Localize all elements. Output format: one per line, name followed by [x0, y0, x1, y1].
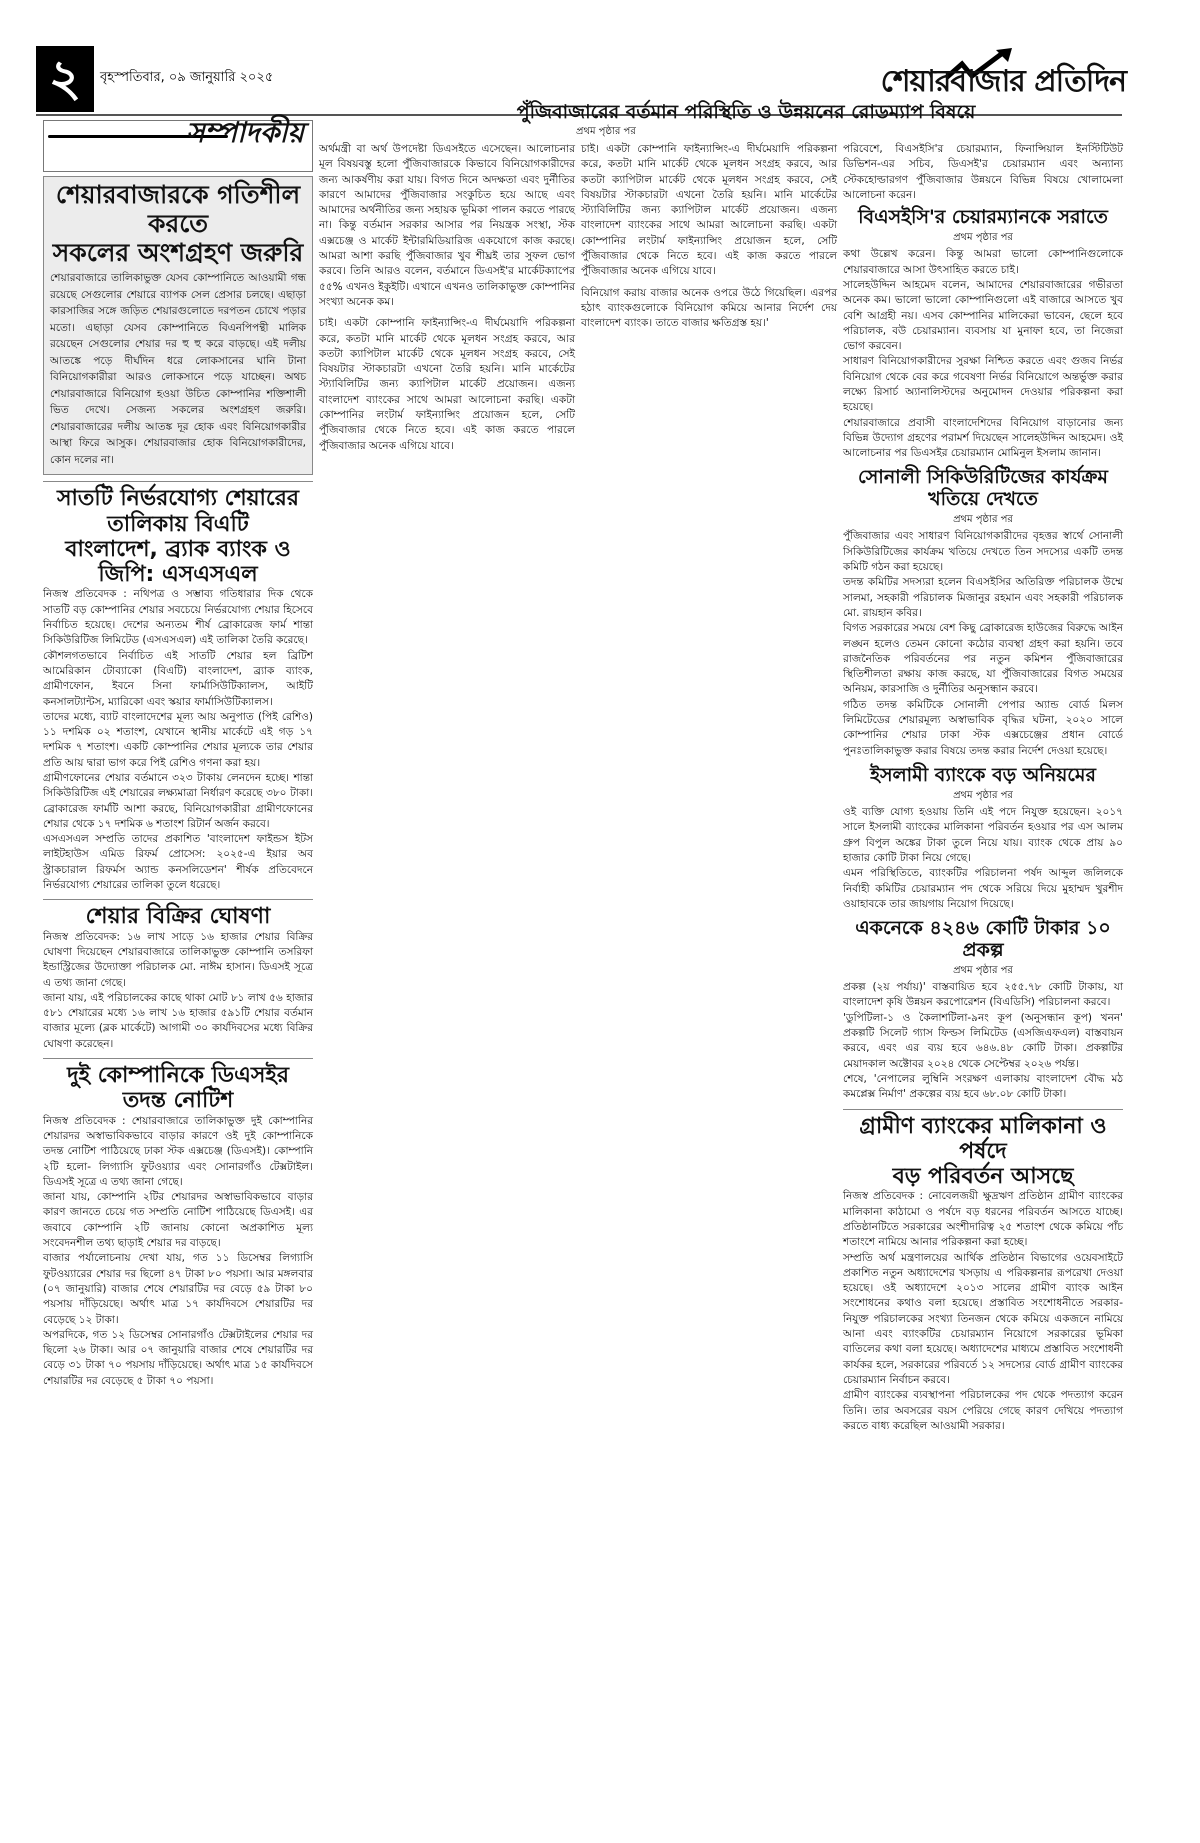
story-paragraph: তাদের মধ্যে, ব্যাট বাংলাদেশের মূল্য আয় …: [43, 710, 313, 771]
column-lead-2: চাই। একটা কোম্পানি ফাইন্যান্সিং-এ দীর্ঘম…: [581, 142, 837, 332]
story-paragraph: এসএসএল সম্প্রতি তাদের প্রকাশিত 'বাংলাদেশ…: [43, 832, 313, 893]
lead-story-continued: প্রথম পৃষ্ঠার পর: [576, 124, 636, 141]
story-share-sale: শেয়ার বিক্রির ঘোষণা নিজস্ব প্রতিবেদক: ১…: [43, 904, 313, 1052]
story-paragraph: সম্প্রতি অর্থ মন্ত্রণালয়ের আর্থিক প্রতি…: [843, 1251, 1123, 1389]
editorial-article: শেয়ারবাজারকে গতিশীল করতে সকলের অংশগ্রহণ…: [43, 176, 313, 475]
story-paragraph: সাধারণ বিনিয়োগকারীদের সুরক্ষা নিশ্চিত ক…: [843, 354, 1123, 415]
continued-label: প্রথম পৃষ্ঠার পর: [843, 788, 1123, 803]
continued-label: প্রথম পৃষ্ঠার পর: [843, 512, 1123, 527]
story-paragraph: শেষে, 'নেপালের লুম্বিনি সংরক্ষণ এলাকায় …: [843, 1072, 1123, 1103]
story-paragraph: প্রকল্প (২য় পর্যায়)' বাস্তবায়িত হবে ২…: [843, 980, 1123, 1011]
story-grameen-headline-2: বড় পরিবর্তন আসছে: [843, 1164, 1123, 1189]
story-paragraph: নিজস্ব প্রতিবেদক: ১৬ লাখ সাড়ে ১৬ হাজার …: [43, 930, 313, 991]
story-bat-headline-1: সাতটি নির্ভরযোগ্য শেয়ারের তালিকায় বিএট…: [43, 486, 313, 537]
story-bat: সাতটি নির্ভরযোগ্য শেয়ারের তালিকায় বিএট…: [43, 486, 313, 893]
story-paragraph: বাজার পর্যালোচনায় দেখা যায়, গত ১১ ডিসে…: [43, 1251, 313, 1327]
story-paragraph: জানা যায়, কোম্পানি ২টির শেয়ারদর অস্বাভ…: [43, 1190, 313, 1251]
issue-date: বৃহস্পতিবার, ০৯ জানুয়ারি ২০২৫: [100, 68, 273, 89]
story-paragraph: কথা উল্লেখ করেন। কিন্তু আমরা ভালো কোম্পা…: [843, 247, 1123, 278]
story-paragraph: জানা যায়, এই পরিচালকের কাছে থাকা মোট ৮১…: [43, 991, 313, 1052]
continued-label: প্রথম পৃষ্ঠার পর: [843, 963, 1123, 978]
story-paragraph: শেয়ারবাজারে প্রবাসী বাংলাদেশিদের বিনিয়…: [843, 416, 1123, 462]
editorial-label-box: সম্পাদকীয়: [43, 120, 313, 172]
story-paragraph: নিজস্ব প্রতিবেদক : নোবেলজয়ী ক্ষুদ্রঋণ প…: [843, 1189, 1123, 1250]
column-left: সম্পাদকীয় শেয়ারবাজারকে গতিশীল করতে সকল…: [43, 120, 313, 1389]
continued-label: প্রথম পৃষ্ঠার পর: [843, 230, 1123, 245]
divider: [43, 899, 313, 900]
story-paragraph: ওই ব্যক্তি যোগ্য হওয়ায় তিনি এই পদে নিয…: [843, 805, 1123, 866]
story-paragraph: গঠিত তদন্ত কমিটিকে সোনালী পেপার অ্যান্ড …: [843, 698, 1123, 759]
story-paragraph: নিজস্ব প্রতিবেদক : নথিপত্র ও সম্ভাব্য গত…: [43, 587, 313, 648]
story-dse-notice: দুই কোম্পানিকে ডিএসইর তদন্ত নোটিশ নিজস্ব…: [43, 1063, 313, 1389]
story-paragraph: তদন্ত কমিটির সদস্যরা হলেন বিএসইসির অতিরি…: [843, 575, 1123, 621]
story-sale-headline: শেয়ার বিক্রির ঘোষণা: [43, 904, 313, 929]
story-bsec-headline: বিএসইসি'র চেয়ারম্যানকে সরাতে: [843, 207, 1123, 229]
story-paragraph: সালেহউদ্দিন আহমেদ বলেন, আমাদের শেয়ারবাজ…: [843, 278, 1123, 354]
story-bat-headline-2: বাংলাদেশ, ব্র্যাক ব্যাংক ও জিপি: এসএসএল: [43, 537, 313, 588]
editorial-label: সম্পাদকীয়: [186, 125, 304, 140]
editorial-body: শেয়ারবাজারে তালিকাভুক্ত যেসব কোম্পানিতে…: [50, 270, 306, 468]
story-paragraph: গ্রামীণফোনের শেয়ার বর্তমানে ৩২৩ টাকায় …: [43, 771, 313, 832]
story-paragraph: পরিবেশে, বিএসইসি'র চেয়ারম্যান, ফিনান্সি…: [843, 142, 1123, 203]
divider: [43, 481, 313, 482]
story-paragraph: এমন পরিস্থিতিতে, ব্যাংকটির পরিচালনা পর্ষ…: [843, 866, 1123, 912]
story-paragraph: গ্রামীণ ব্যাংকের ব্যবস্থাপনা পরিচালকের প…: [843, 1388, 1123, 1434]
editorial-headline-2: সকলের অংশগ্রহণ জরুরি: [50, 239, 306, 268]
column-lead-1: অর্থমন্ত্রী বা অর্থ উপদেষ্টা ডিএসইতে এসে…: [319, 142, 575, 454]
story-ecnec-headline: একনেকে ৪২৪৬ কোটি টাকার ১০ প্রকল্প: [843, 918, 1123, 962]
divider: [43, 1058, 313, 1059]
story-paragraph: চাই। একটা কোম্পানি ফাইন্যান্সিং-এ দীর্ঘম…: [581, 142, 837, 280]
story-dse-headline: দুই কোম্পানিকে ডিএসইর তদন্ত নোটিশ: [43, 1063, 313, 1114]
story-paragraph: কৌশলগতভাবে নির্বাচিত এই সাতটি শেয়ার হল …: [43, 649, 313, 710]
column-right: পরিবেশে, বিএসইসি'র চেয়ারম্যান, ফিনান্সি…: [843, 142, 1123, 1434]
story-paragraph: অপরদিকে, গত ১২ ডিসেম্বর সোনারগাঁও টেক্সট…: [43, 1328, 313, 1389]
story-grameen-headline-1: গ্রামীণ ব্যাংকের মালিকানা ও পর্ষদে: [843, 1114, 1123, 1165]
divider: [843, 1109, 1123, 1110]
story-sonali-headline: সোনালী সিকিউরিটিজের কার্যক্রম খতিয়ে দেখ…: [843, 467, 1123, 511]
story-paragraph: বিনিয়োগ করায় বাজার অনেক ওপরে উঠে গিয়ে…: [581, 286, 837, 332]
story-paragraph: চাই। একটা কোম্পানি ফাইন্যান্সিং-এ দীর্ঘম…: [319, 316, 575, 454]
story-paragraph: অর্থমন্ত্রী বা অর্থ উপদেষ্টা ডিএসইতে এসে…: [319, 142, 575, 310]
page-number: ২: [36, 46, 94, 112]
story-islami-headline: ইসলামী ব্যাংকে বড় অনিয়মের: [843, 765, 1123, 787]
newspaper-page: ২ বৃহস্পতিবার, ০৯ জানুয়ারি ২০২৫ শেয়ারব…: [36, 46, 1156, 114]
lead-story-headline: পুঁজিবাজারের বর্তমান পরিস্থিতি ও উন্নয়ন…: [376, 98, 1116, 130]
editorial-headline-1: শেয়ারবাজারকে গতিশীল করতে: [50, 181, 306, 239]
story-paragraph: বিগত সরকারের সময়ে বেশ কিছু ব্রোকারেজ হা…: [843, 621, 1123, 697]
story-paragraph: নিজস্ব প্রতিবেদক : শেয়ারবাজারে তালিকাভু…: [43, 1114, 313, 1190]
story-paragraph: 'ডুপিটিলা-১ ও কৈলাশটিলা-৯নং কূপ (অনুসন্ধ…: [843, 1011, 1123, 1072]
story-paragraph: পুঁজিবাজার এবং সাধারণ বিনিয়োগকারীদের বৃ…: [843, 529, 1123, 575]
